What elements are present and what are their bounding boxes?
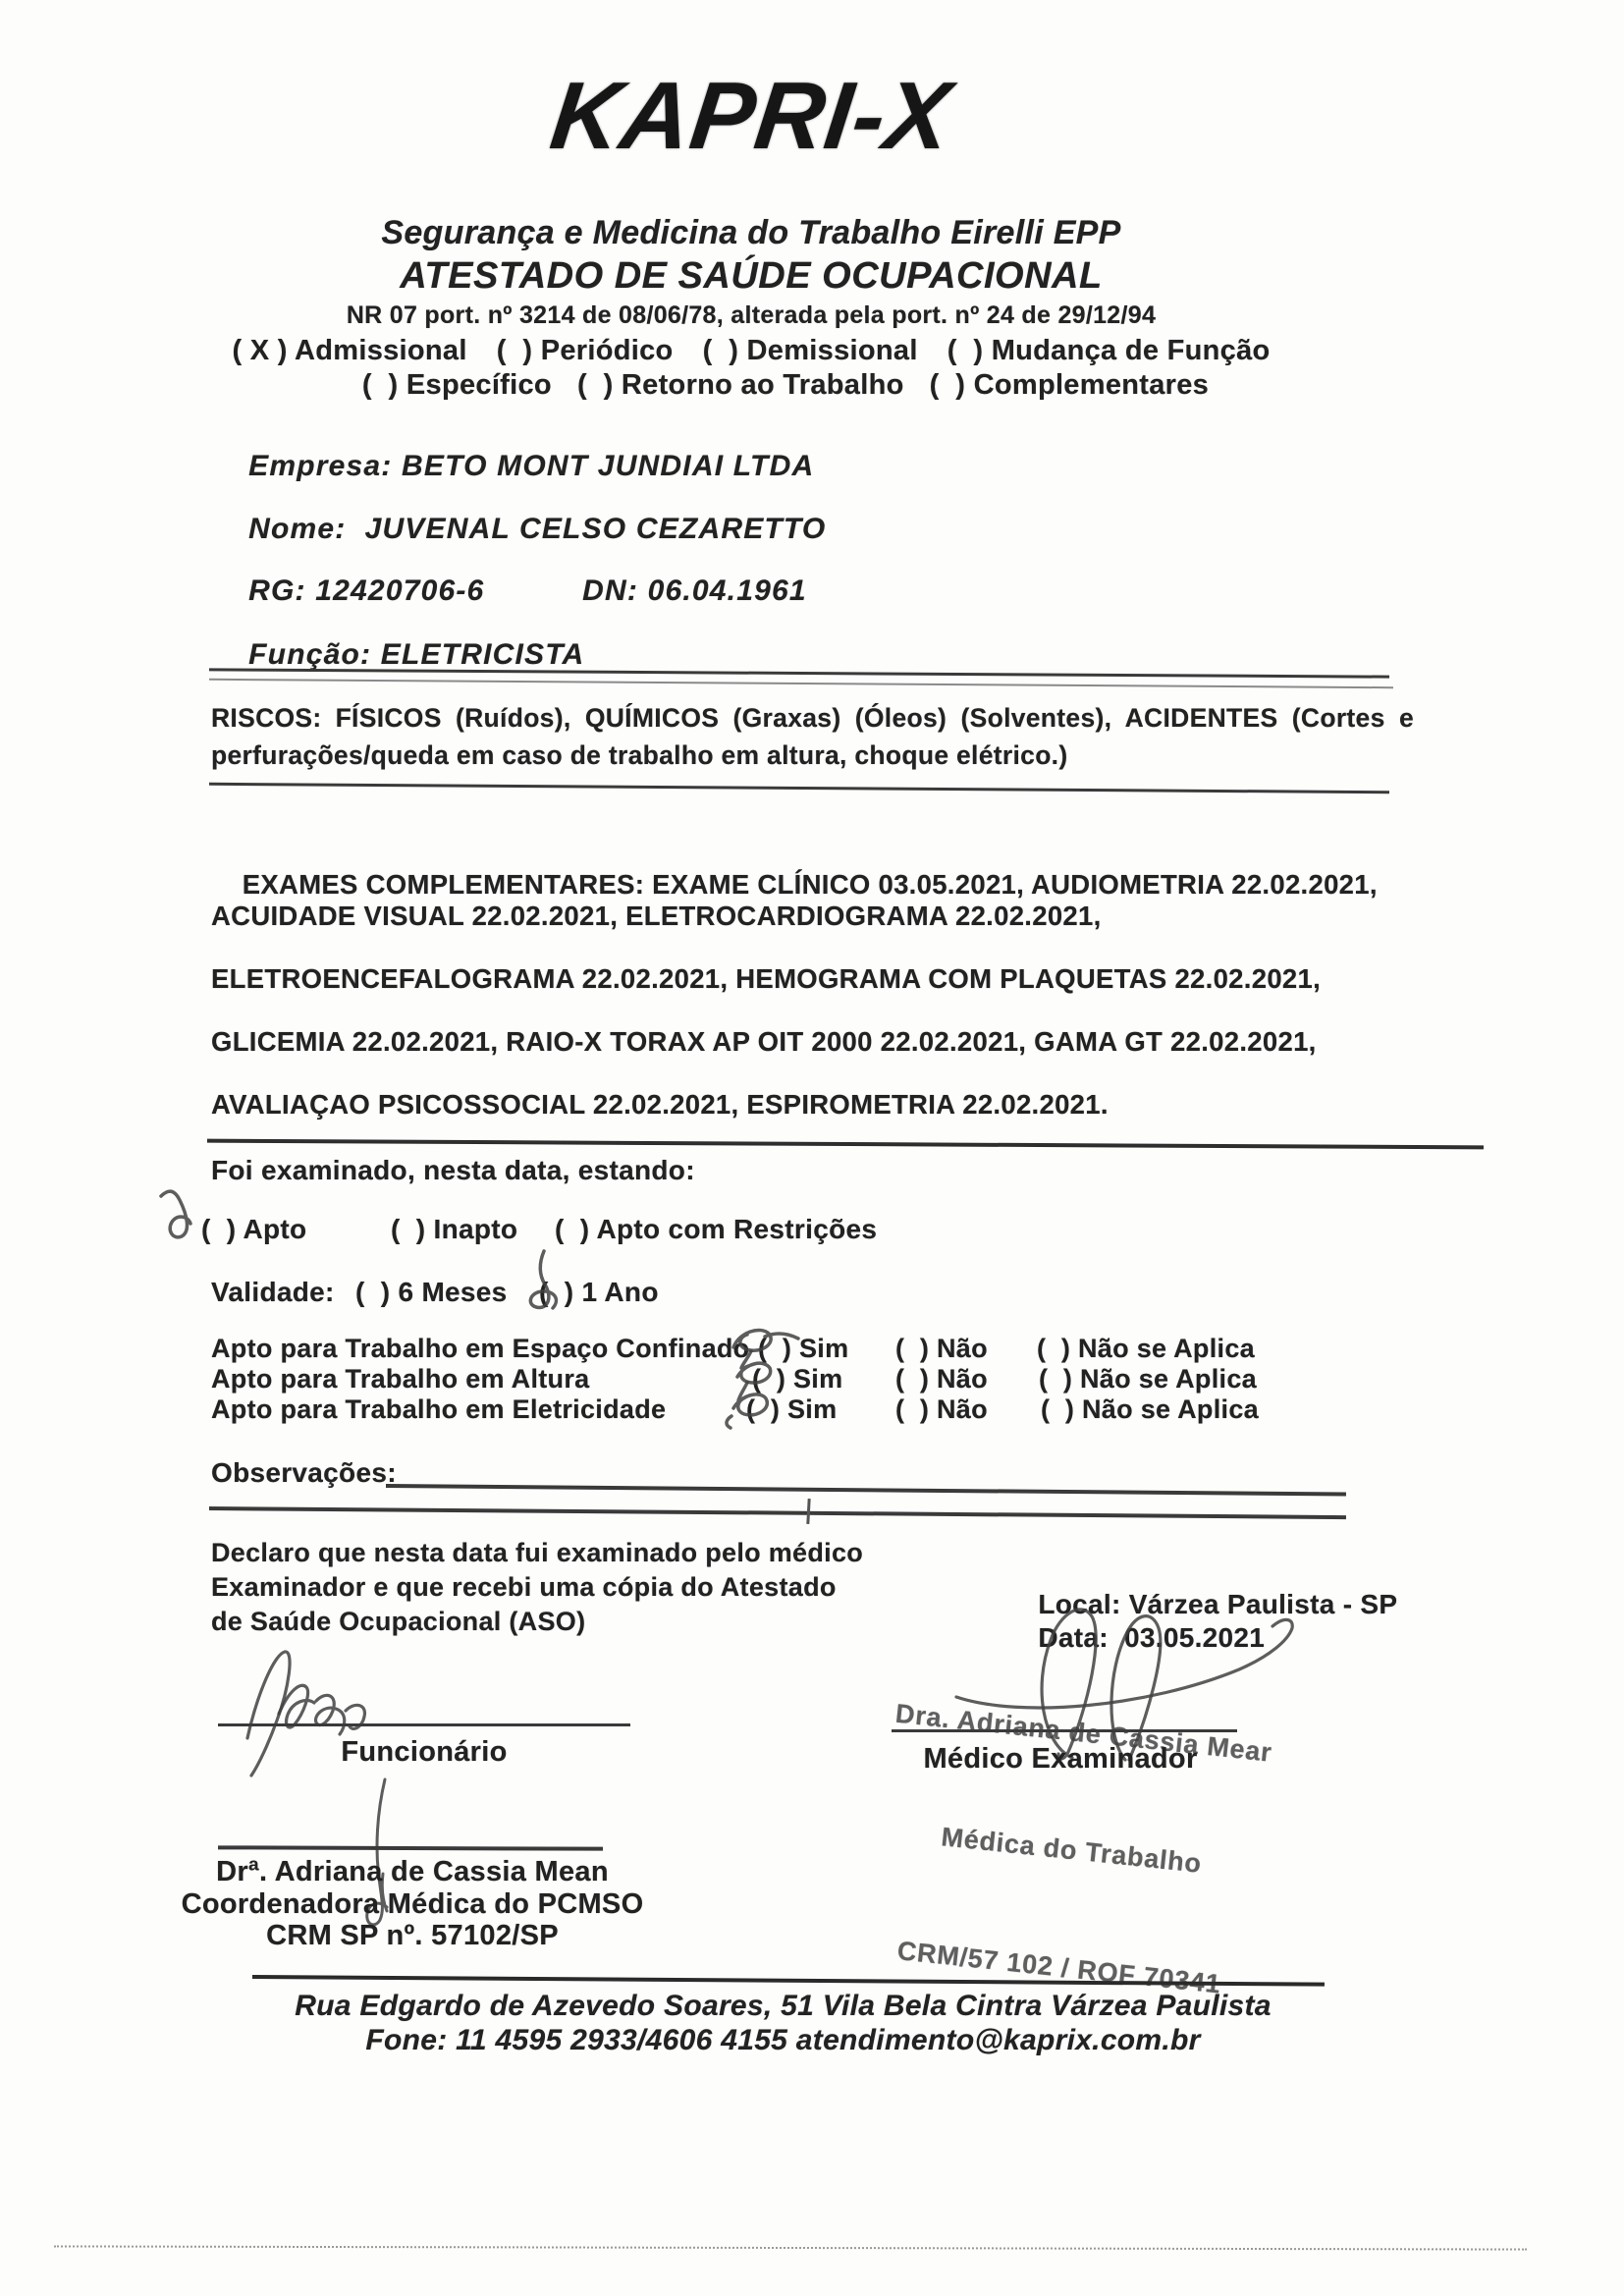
scanned-document-page: KAPRI-X Segurança e Medicina do Trabalho… (0, 0, 1624, 2296)
validade-label: Validade: (211, 1277, 335, 1308)
checkbox-especifico: ( ) Específico (362, 369, 552, 402)
rg-label: RG: (248, 574, 306, 607)
divider-declaration (209, 1506, 1346, 1519)
doctor-signature-line (892, 1729, 1237, 1732)
exames-label: EXAMES COMPLEMENTARES: (243, 869, 644, 900)
checkbox-nsa-eletricidade: ( ) Não se Aplica (1041, 1394, 1259, 1425)
doctor-signature-label: Médico Examinador (874, 1743, 1247, 1776)
funcao-label: Função: (248, 638, 371, 671)
dn-label: DN: (582, 574, 638, 607)
examined-line: Foi examinado, nesta data, estando: (211, 1155, 695, 1186)
document-title: ATESTADO DE SAÚDE OCUPACIONAL (0, 255, 1502, 298)
coordinator-name: Drª. Adriana de Cassia Mean (172, 1856, 653, 1888)
checkbox-demissional: ( ) Demissional (703, 335, 918, 367)
coordinator-signature-line (218, 1845, 603, 1850)
riscos-label: RISCOS: (211, 703, 322, 733)
employee-signature-label: Funcionário (218, 1736, 630, 1769)
rg-value: 12420706-6 (315, 574, 484, 607)
checkbox-mudanca-funcao: ( ) Mudança de Função (947, 335, 1271, 367)
coordinator-crm: CRM SP nº. 57102/SP (172, 1920, 653, 1952)
footer-address: Rua Edgardo de Azevedo Soares, 51 Vila B… (211, 1990, 1355, 2023)
exames-line-5: AVALIAÇAO PSICOSSOCIAL 22.02.2021, ESPIR… (211, 1089, 1109, 1121)
checkbox-retorno-trabalho: ( ) Retorno ao Trabalho (577, 369, 904, 402)
coordinator-role: Coordenadora Médica do PCMSO (172, 1888, 653, 1921)
employee-signature-line (218, 1723, 630, 1726)
exam-type-row-1: ( X ) Admissional ( ) Periódico ( ) Demi… (0, 335, 1502, 367)
stamp-line-2: Médica do Trabalho (852, 1808, 1291, 1892)
regulation-line: NR 07 port. nº 3214 de 08/06/78, alterad… (0, 301, 1502, 330)
checkbox-admissional: ( X ) Admissional (232, 335, 466, 367)
observacoes-label: Observações: (211, 1457, 397, 1489)
aptitude-label-eletricidade: Apto para Trabalho em Eletricidade (211, 1394, 666, 1425)
checkbox-apto-restricoes: ( ) Apto com Restrições (555, 1214, 877, 1245)
checkbox-nao-altura: ( ) Não (895, 1364, 988, 1394)
checkbox-periodico: ( ) Periódico (497, 335, 674, 367)
declaration-line-2: Examinador e que recebi uma cópia do Ate… (211, 1572, 837, 1603)
scan-artifact-line (54, 2245, 1527, 2250)
logo-text: KAPRI-X (545, 61, 957, 171)
divider-examined (207, 1139, 1484, 1149)
empresa-value: BETO MONT JUNDIAI LTDA (402, 450, 814, 482)
exam-type-row-2: ( ) Específico ( ) Retorno ao Trabalho (… (0, 369, 1502, 402)
footer-phone: Fone: 11 4595 2933/4606 4155 atendimento… (211, 2024, 1355, 2057)
riscos-paragraph: RISCOS: FÍSICOS (Ruídos), QUÍMICOS (Grax… (211, 699, 1414, 774)
empresa-label: Empresa: (248, 450, 392, 482)
checkbox-6-meses: ( ) 6 Meses (355, 1277, 508, 1308)
dn-value: 06.04.1961 (648, 574, 807, 607)
handwritten-check-1-ano (520, 1245, 589, 1324)
exames-line-4: GLICEMIA 22.02.2021, RAIO-X TORAX AP OIT… (211, 1026, 1317, 1058)
funcao-value: ELETRICISTA (381, 638, 585, 671)
checkbox-nao-eletricidade: ( ) Não (895, 1394, 988, 1425)
handwritten-check-apto (153, 1186, 222, 1255)
aptitude-label-altura: Apto para Trabalho em Altura (211, 1364, 589, 1394)
coordinator-block: Drª. Adriana de Cassia Mean Coordenadora… (172, 1856, 653, 1952)
exames-text-1: EXAME CLÍNICO 03.05.2021, AUDIOMETRIA 22… (652, 869, 1378, 900)
observacoes-blank-line (386, 1484, 1346, 1496)
handwritten-checks-sim (720, 1322, 823, 1440)
company-line: Segurança e Medicina do Trabalho Eirelli… (0, 214, 1502, 252)
checkbox-complementares: ( ) Complementares (930, 369, 1210, 402)
checkbox-nsa-altura: ( ) Não se Aplica (1039, 1364, 1257, 1394)
field-funcao: Função: ELETRICISTA (211, 605, 584, 705)
exames-line-2: ACUIDADE VISUAL 22.02.2021, ELETROCARDIO… (211, 901, 1102, 932)
checkbox-inapto: ( ) Inapto (391, 1214, 517, 1245)
checkbox-nao-espaco: ( ) Não (895, 1334, 988, 1364)
checkbox-nsa-espaco: ( ) Não se Aplica (1037, 1334, 1255, 1364)
declaration-line-1: Declaro que nesta data fui examinado pel… (211, 1538, 863, 1568)
aptitude-label-espaco-confinado: Apto para Trabalho em Espaço Confinado (211, 1334, 749, 1364)
divider-riscos-bottom (209, 783, 1389, 793)
logo: KAPRI-X (0, 61, 1502, 171)
riscos-text: FÍSICOS (Ruídos), QUÍMICOS (Graxas) (Óle… (211, 703, 1414, 770)
exames-line-3: ELETROENCEFALOGRAMA 22.02.2021, HEMOGRAM… (211, 963, 1321, 995)
